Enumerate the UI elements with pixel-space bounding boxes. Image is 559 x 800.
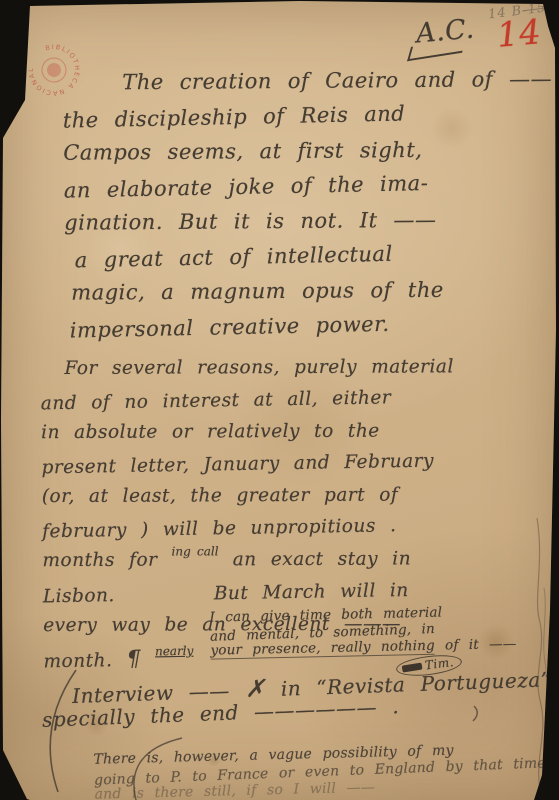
red-number-text: 14: [495, 12, 543, 56]
line-prefix: month.: [43, 650, 112, 672]
postscript-block: There is, however, a vague possibility o…: [93, 739, 544, 800]
insertion-mark: ¶: [126, 647, 141, 672]
manuscript-photo: { "page": { "archive_pencil": { "a": "14…: [0, 0, 559, 800]
paragraph-1: The creation of Caeiro and of —— the dis…: [62, 61, 506, 347]
line-prefix: months for: [42, 550, 157, 572]
red-crayon-number: 14: [495, 12, 543, 56]
manuscript-line: impersonal creative power.: [65, 304, 506, 348]
interlinear-insertion: nearly: [155, 644, 194, 659]
manuscript-line-with-insertion: months for ing call an exact stay in: [42, 543, 542, 578]
stamp-emblem: [45, 61, 63, 79]
comma-flourish: [473, 706, 477, 721]
manuscript-page: 14 B-15 A.C. 14 BIBLIOTHECA NACIONAL The…: [0, 0, 559, 800]
inserted-note-block: I can give time both material and mental…: [209, 601, 540, 660]
ac-ink-mark: A.C.: [415, 14, 476, 50]
interlinear-insertion: ing call: [171, 544, 218, 558]
line-rest: of it ——: [435, 636, 517, 654]
line-rest: an exact stay in: [233, 548, 411, 570]
